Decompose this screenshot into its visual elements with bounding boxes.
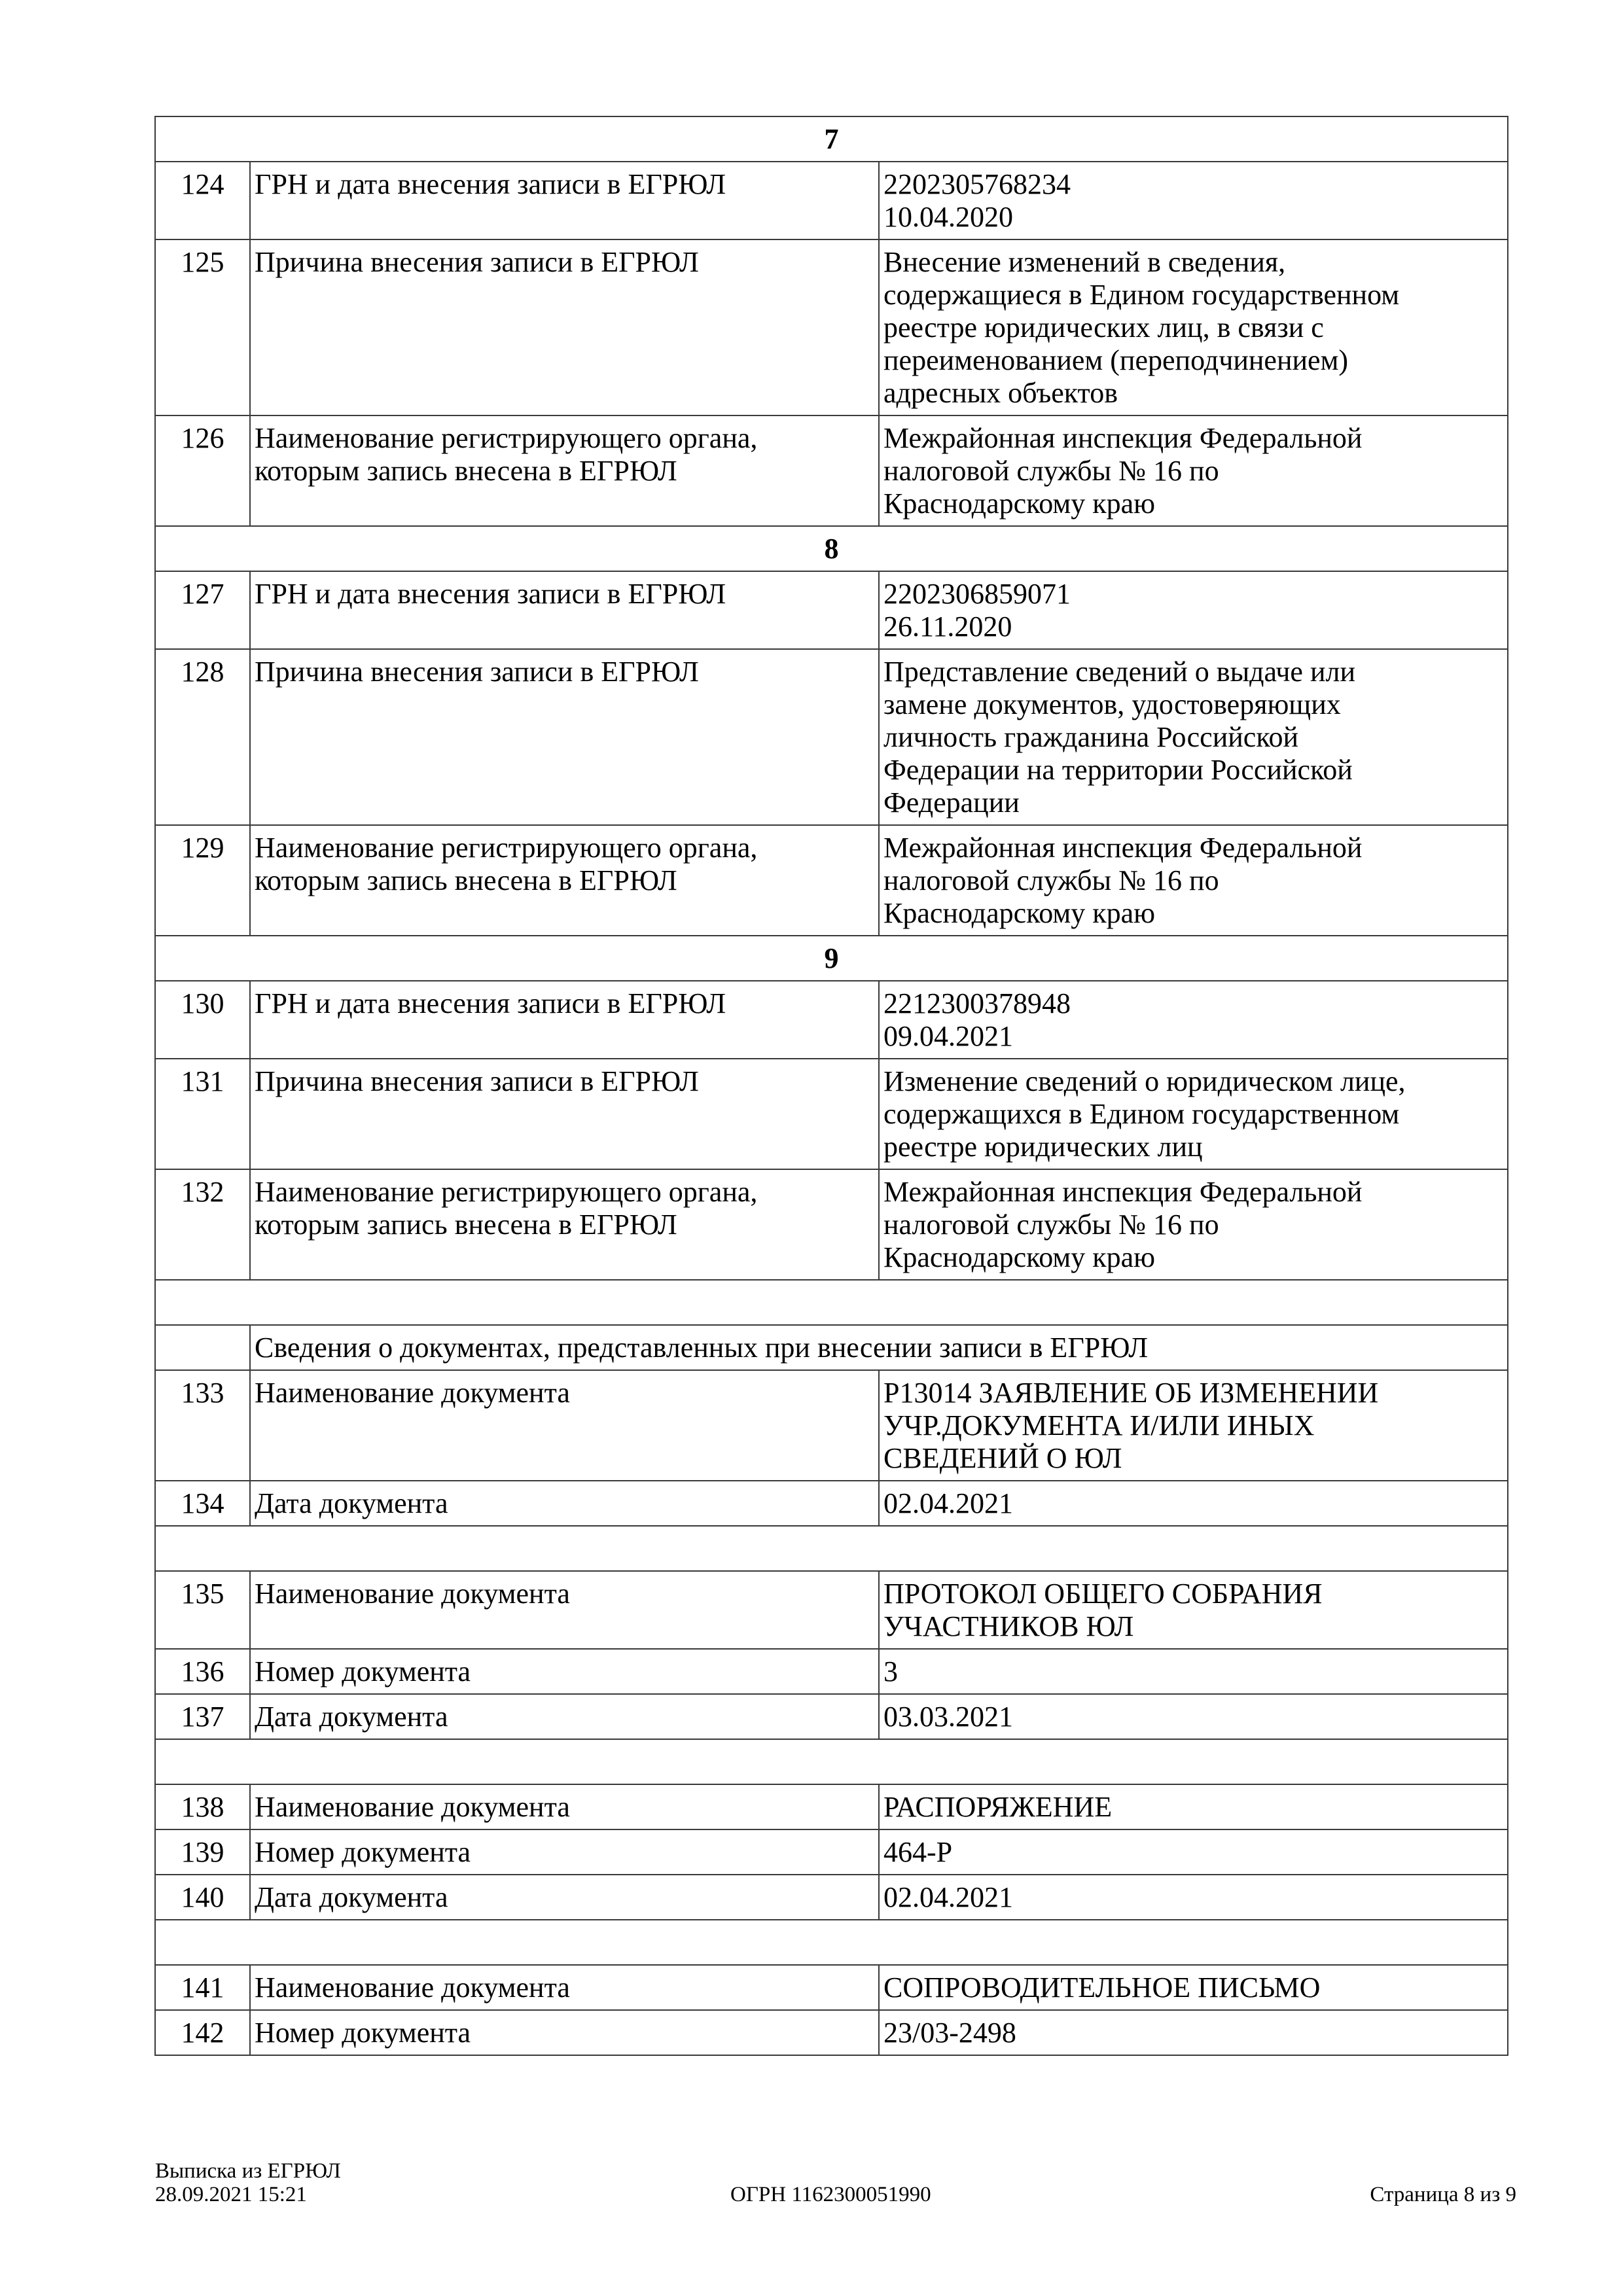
field-label-line: Дата документа [255,1487,874,1520]
field-label: ГРН и дата внесения записи в ЕГРЮЛ [250,571,879,649]
field-value: Межрайонная инспекция Федеральнойналогов… [879,1169,1508,1280]
row-number: 132 [155,1169,250,1280]
field-value-line: СВЕДЕНИЙ О ЮЛ [883,1442,1503,1475]
field-label-line: Причина внесения записи в ЕГРЮЛ [255,246,874,279]
field-label-line: ГРН и дата внесения записи в ЕГРЮЛ [255,987,874,1020]
field-value-line: 09.04.2021 [883,1020,1503,1053]
field-value: 220230685907126.11.2020 [879,571,1508,649]
blank-separator-row [155,1739,1508,1784]
footer-ogrn: ОГРН 1162300051990 [730,2183,931,2206]
footer-document-title: Выписка из ЕГРЮЛ [155,2159,341,2183]
field-value-line: ПРОТОКОЛ ОБЩЕГО СОБРАНИЯ [883,1578,1503,1610]
table-row: 139Номер документа464-Р [155,1829,1508,1875]
footer-left: Выписка из ЕГРЮЛ 28.09.2021 15:21 [155,2159,341,2206]
field-value-line: личность гражданина Российской [883,721,1503,754]
field-label: ГРН и дата внесения записи в ЕГРЮЛ [250,981,879,1059]
field-label: Наименование документа [250,1370,879,1481]
field-label-line: Наименование документа [255,1971,874,2004]
field-label-line: Дата документа [255,1701,874,1733]
field-value: Изменение сведений о юридическом лице,со… [879,1059,1508,1169]
egrul-extract-table-container: 7124ГРН и дата внесения записи в ЕГРЮЛ22… [154,116,1507,2056]
field-value-line: 26.11.2020 [883,610,1503,643]
row-number: 128 [155,649,250,825]
page-footer: Выписка из ЕГРЮЛ 28.09.2021 15:21 ОГРН 1… [155,2159,1516,2218]
field-value-line: налоговой службы № 16 по [883,864,1503,897]
field-label-line: Причина внесения записи в ЕГРЮЛ [255,1065,874,1098]
row-number: 134 [155,1481,250,1526]
field-value-line: содержащиеся в Едином государственном [883,279,1503,311]
field-label-line: Наименование документа [255,1578,874,1610]
subsection-title: Сведения о документах, представленных пр… [250,1325,1508,1370]
row-number: 137 [155,1694,250,1739]
field-value-line: Р13014 ЗАЯВЛЕНИЕ ОБ ИЗМЕНЕНИИ [883,1377,1503,1409]
table-row: 128Причина внесения записи в ЕГРЮЛПредст… [155,649,1508,825]
field-label: Дата документа [250,1694,879,1739]
field-label-line: Наименование регистрирующего органа, [255,832,874,864]
row-number: 142 [155,2010,250,2055]
field-label: Причина внесения записи в ЕГРЮЛ [250,239,879,415]
field-value-line: реестре юридических лиц [883,1131,1503,1163]
field-label-line: Наименование документа [255,1791,874,1824]
field-value: 23/03-2498 [879,2010,1508,2055]
field-label-line: ГРН и дата внесения записи в ЕГРЮЛ [255,578,874,610]
field-label: Дата документа [250,1875,879,1920]
row-number: 127 [155,571,250,649]
subsection-header-row: Сведения о документах, представленных пр… [155,1325,1508,1370]
row-number-cell [155,1325,250,1370]
section-header-row: 9 [155,936,1508,981]
table-row: 136Номер документа3 [155,1649,1508,1694]
field-value-line: РАСПОРЯЖЕНИЕ [883,1791,1503,1824]
field-value-line: УЧАСТНИКОВ ЮЛ [883,1610,1503,1643]
field-label: Номер документа [250,2010,879,2055]
row-number: 126 [155,415,250,526]
field-label-line: Наименование регистрирующего органа, [255,1176,874,1209]
field-value-line: 3 [883,1655,1503,1688]
section-number: 7 [155,116,1508,162]
table-row: 124ГРН и дата внесения записи в ЕГРЮЛ220… [155,162,1508,239]
field-label: Наименование регистрирующего органа,кото… [250,415,879,526]
field-label: Наименование регистрирующего органа,кото… [250,1169,879,1280]
field-value: 03.03.2021 [879,1694,1508,1739]
section-header-row: 8 [155,526,1508,571]
field-value: Межрайонная инспекция Федеральнойналогов… [879,415,1508,526]
field-label-line: Дата документа [255,1881,874,1914]
field-value: Представление сведений о выдаче илизамен… [879,649,1508,825]
field-value-line: 23/03-2498 [883,2017,1503,2049]
table-row: 132Наименование регистрирующего органа,к… [155,1169,1508,1280]
field-value-line: Федерации на территории Российской [883,754,1503,786]
field-label-line: Номер документа [255,1836,874,1869]
field-label: Наименование документа [250,1571,879,1649]
field-label: Причина внесения записи в ЕГРЮЛ [250,649,879,825]
field-value-line: переименованием (переподчинением) [883,344,1503,377]
field-value-line: 10.04.2020 [883,201,1503,234]
field-label-line: Наименование документа [255,1377,874,1409]
field-label: Наименование регистрирующего органа,кото… [250,825,879,936]
field-value-line: СОПРОВОДИТЕЛЬНОЕ ПИСЬМО [883,1971,1503,2004]
footer-page-number: Страница 8 из 9 [1370,2183,1516,2206]
section-header-row: 7 [155,116,1508,162]
field-value-line: налоговой службы № 16 по [883,455,1503,487]
field-value: 220230576823410.04.2020 [879,162,1508,239]
table-row: 135Наименование документаПРОТОКОЛ ОБЩЕГО… [155,1571,1508,1649]
field-value: 3 [879,1649,1508,1694]
row-number: 140 [155,1875,250,1920]
table-row: 133Наименование документаР13014 ЗАЯВЛЕНИ… [155,1370,1508,1481]
field-label-line: Номер документа [255,1655,874,1688]
egrul-extract-table: 7124ГРН и дата внесения записи в ЕГРЮЛ22… [154,116,1508,2056]
table-row: 134Дата документа02.04.2021 [155,1481,1508,1526]
row-number: 124 [155,162,250,239]
table-row: 140Дата документа02.04.2021 [155,1875,1508,1920]
field-label-line: Номер документа [255,2017,874,2049]
field-value: РАСПОРЯЖЕНИЕ [879,1784,1508,1829]
field-label-line: которым запись внесена в ЕГРЮЛ [255,1209,874,1241]
table-row: 138Наименование документаРАСПОРЯЖЕНИЕ [155,1784,1508,1829]
table-row: 141Наименование документаСОПРОВОДИТЕЛЬНО… [155,1965,1508,2010]
field-value-line: 03.03.2021 [883,1701,1503,1733]
table-row: 137Дата документа03.03.2021 [155,1694,1508,1739]
field-value: СОПРОВОДИТЕЛЬНОЕ ПИСЬМО [879,1965,1508,2010]
row-number: 133 [155,1370,250,1481]
blank-separator-row [155,1920,1508,1965]
row-number: 139 [155,1829,250,1875]
field-value-line: замене документов, удостоверяющих [883,688,1503,721]
field-value: Р13014 ЗАЯВЛЕНИЕ ОБ ИЗМЕНЕНИИУЧР.ДОКУМЕН… [879,1370,1508,1481]
field-value: Межрайонная инспекция Федеральнойналогов… [879,825,1508,936]
field-label: ГРН и дата внесения записи в ЕГРЮЛ [250,162,879,239]
table-row: 129Наименование регистрирующего органа,к… [155,825,1508,936]
row-number: 138 [155,1784,250,1829]
field-label-line: Наименование регистрирующего органа, [255,422,874,455]
row-number: 135 [155,1571,250,1649]
footer-generated-timestamp: 28.09.2021 15:21 [155,2183,341,2206]
field-value-line: Федерации [883,786,1503,819]
field-value: 02.04.2021 [879,1481,1508,1526]
row-number: 136 [155,1649,250,1694]
field-value-line: Внесение изменений в сведения, [883,246,1503,279]
field-label: Номер документа [250,1649,879,1694]
field-value-line: Межрайонная инспекция Федеральной [883,422,1503,455]
field-label-line: которым запись внесена в ЕГРЮЛ [255,455,874,487]
blank-separator-row [155,1280,1508,1325]
field-label: Наименование документа [250,1965,879,2010]
field-label: Наименование документа [250,1784,879,1829]
row-number: 131 [155,1059,250,1169]
field-value-line: налоговой службы № 16 по [883,1209,1503,1241]
field-value-line: Межрайонная инспекция Федеральной [883,1176,1503,1209]
blank-cell [155,1920,1508,1965]
field-label-line: которым запись внесена в ЕГРЮЛ [255,864,874,897]
field-value-line: 2202306859071 [883,578,1503,610]
field-value-line: Представление сведений о выдаче или [883,656,1503,688]
section-number: 9 [155,936,1508,981]
row-number: 141 [155,1965,250,2010]
table-row: 127ГРН и дата внесения записи в ЕГРЮЛ220… [155,571,1508,649]
field-value-line: 2212300378948 [883,987,1503,1020]
blank-separator-row [155,1526,1508,1571]
field-value-line: УЧР.ДОКУМЕНТА И/ИЛИ ИНЫХ [883,1409,1503,1442]
field-label: Номер документа [250,1829,879,1875]
field-value: 464-Р [879,1829,1508,1875]
row-number: 125 [155,239,250,415]
field-value-line: 02.04.2021 [883,1487,1503,1520]
field-label: Дата документа [250,1481,879,1526]
field-value-line: адресных объектов [883,377,1503,410]
field-value-line: Краснодарскому краю [883,487,1503,520]
field-label-line: ГРН и дата внесения записи в ЕГРЮЛ [255,168,874,201]
field-value-line: Изменение сведений о юридическом лице, [883,1065,1503,1098]
table-row: 131Причина внесения записи в ЕГРЮЛИзмене… [155,1059,1508,1169]
blank-cell [155,1280,1508,1325]
field-value-line: Краснодарскому краю [883,897,1503,930]
field-value-line: Межрайонная инспекция Федеральной [883,832,1503,864]
field-label-line: Причина внесения записи в ЕГРЮЛ [255,656,874,688]
field-value: Внесение изменений в сведения,содержащие… [879,239,1508,415]
field-value-line: реестре юридических лиц, в связи с [883,311,1503,344]
field-label: Причина внесения записи в ЕГРЮЛ [250,1059,879,1169]
blank-cell [155,1526,1508,1571]
field-value-line: 02.04.2021 [883,1881,1503,1914]
field-value-line: 464-Р [883,1836,1503,1869]
table-body: 7124ГРН и дата внесения записи в ЕГРЮЛ22… [155,116,1508,2055]
table-row: 130ГРН и дата внесения записи в ЕГРЮЛ221… [155,981,1508,1059]
row-number: 130 [155,981,250,1059]
field-value-line: 2202305768234 [883,168,1503,201]
blank-cell [155,1739,1508,1784]
field-value: 02.04.2021 [879,1875,1508,1920]
table-row: 126Наименование регистрирующего органа,к… [155,415,1508,526]
table-row: 125Причина внесения записи в ЕГРЮЛВнесен… [155,239,1508,415]
row-number: 129 [155,825,250,936]
section-number: 8 [155,526,1508,571]
field-value: ПРОТОКОЛ ОБЩЕГО СОБРАНИЯУЧАСТНИКОВ ЮЛ [879,1571,1508,1649]
field-value: 221230037894809.04.2021 [879,981,1508,1059]
field-value-line: содержащихся в Едином государственном [883,1098,1503,1131]
table-row: 142Номер документа23/03-2498 [155,2010,1508,2055]
field-value-line: Краснодарскому краю [883,1241,1503,1274]
